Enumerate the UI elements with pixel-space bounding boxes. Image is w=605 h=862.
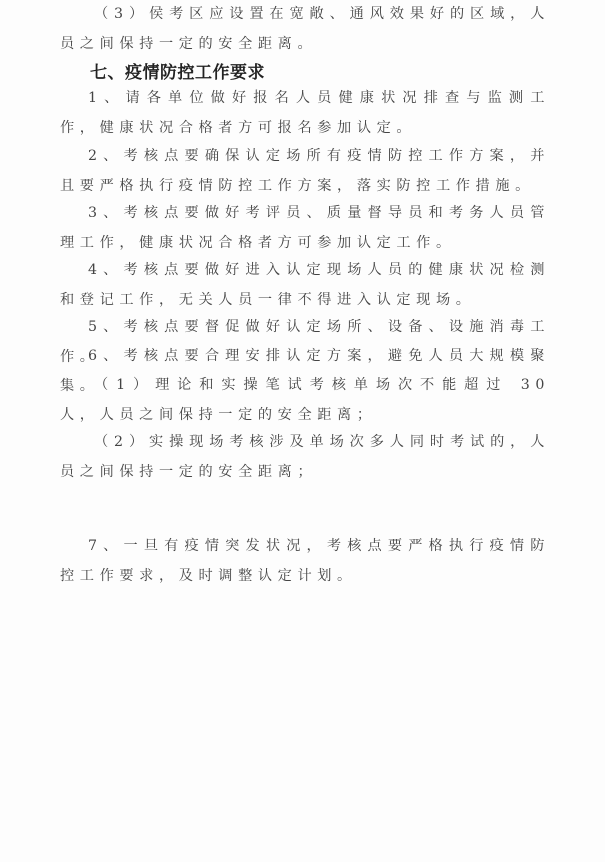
item-1: 1、请各单位做好报名人员健康状况排查与监测工作，健康状况合格者方可报名参加认定。 xyxy=(60,84,550,143)
item-4: 4、考核点要做好进入认定现场人员的健康状况检测和登记工作，无关人员一律不得进入认… xyxy=(60,256,550,315)
item-2: 2、考核点要确保认定场所有疫情防控工作方案，并且要严格执行疫情防控工作方案，落实… xyxy=(60,142,550,201)
document-page: 七、疫情防控工作要求 1、请各单位做好报名人员健康状况排查与监测工作，健康状况合… xyxy=(0,0,605,862)
item-7: 7、一旦有疫情突发状况，考核点要严格执行疫情防控工作要求，及时调整认定计划。 xyxy=(60,532,550,591)
item-6-sub-1: （1）理论和实操笔试考核单场次不能超过 30 人，人员之间保持一定的安全距离； xyxy=(60,371,550,430)
item-3: 3、考核点要做好考评员、质量督导员和考务人员管理工作，健康状况合格者方可参加认定… xyxy=(60,199,550,258)
section-7-heading: 七、疫情防控工作要求 xyxy=(90,58,265,83)
item-6-sub-2: （2）实操现场考核涉及单场次多人同时考试的，人员之间保持一定的安全距离； xyxy=(60,428,550,487)
item-6-sub-3: （3）侯考区应设置在宽敞、通风效果好的区域，人员之间保持一定的安全距离。 xyxy=(60,0,550,59)
